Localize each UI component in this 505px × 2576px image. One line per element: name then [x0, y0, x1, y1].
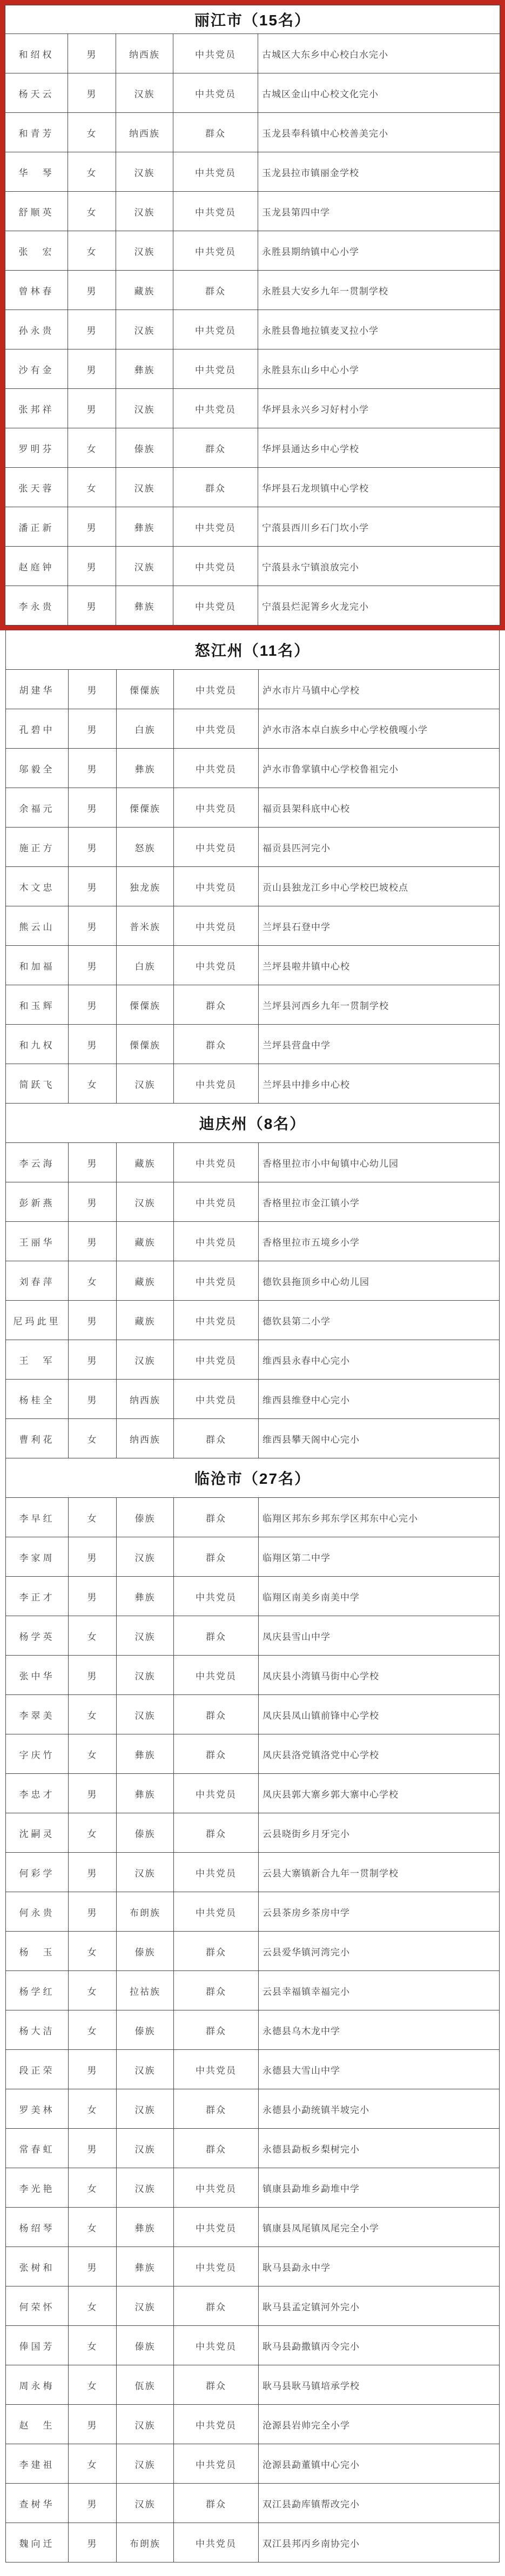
cell-school: 华坪县石龙坝镇中心学校 [258, 468, 500, 507]
table-row: 杨学英 女 汉族 群众 凤庆县雪山中学 [6, 1616, 499, 1656]
cell-ethnicity: 白族 [117, 946, 174, 985]
cell-political-status: 中共党员 [174, 2326, 259, 2365]
table-row: 字庆竹 女 彝族 群众 凤庆县洛党镇洛党中心学校 [6, 1734, 499, 1774]
cell-school: 兰坪县啦井镇中心校 [259, 946, 499, 985]
cell-political-status: 中共党员 [174, 2050, 259, 2089]
cell-political-status: 群众 [174, 1971, 259, 2010]
cell-name: 王 军 [6, 1340, 69, 1379]
table-row: 孙永贵 男 汉族 中共党员 永胜县鲁地拉镇麦叉拉小学 [5, 310, 500, 349]
cell-name: 魏向迁 [6, 2523, 69, 2562]
cell-name: 熊云山 [6, 906, 69, 945]
cell-political-status: 群众 [174, 1813, 259, 1852]
table-row: 杨天云 男 汉族 中共党员 古城区金山中心校文化完小 [5, 73, 500, 113]
cell-ethnicity: 汉族 [117, 1537, 174, 1576]
table-row: 和绍权 男 纳西族 中共党员 古城区大东乡中心校白水完小 [5, 34, 500, 73]
cell-ethnicity: 傣族 [117, 1498, 174, 1537]
cell-political-status: 中共党员 [174, 1774, 259, 1813]
table-row: 刘春萍 女 藏族 中共党员 德钦县拖顶乡中心幼儿园 [6, 1261, 499, 1301]
table-row: 李家周 男 汉族 群众 临翔区第二中学 [6, 1537, 499, 1577]
cell-name: 邬毅全 [6, 749, 69, 788]
cell-name: 周永梅 [6, 2365, 69, 2404]
cell-gender: 男 [69, 1301, 117, 1340]
cell-school: 凤庆县凤山镇前锋中心学校 [259, 1695, 499, 1734]
cell-name: 罗明芬 [5, 428, 68, 467]
cell-ethnicity: 拉祜族 [117, 1971, 174, 2010]
cell-ethnicity: 汉族 [117, 2484, 174, 2523]
cell-name: 孙永贵 [5, 310, 68, 349]
cell-school: 耿马县勐撒镇丙令完小 [259, 2326, 499, 2365]
cell-gender: 男 [69, 1025, 117, 1064]
cell-political-status: 中共党员 [174, 2168, 259, 2207]
cell-ethnicity: 彝族 [117, 1774, 174, 1813]
table-row: 段正荣 男 汉族 中共党员 永德县大雪山中学 [6, 2050, 499, 2089]
cell-political-status: 中共党员 [174, 906, 259, 945]
cell-school: 宁蒗县烂泥箐乡火龙完小 [258, 586, 500, 625]
table-row: 杨桂全 男 纳西族 中共党员 维西县维登中心完小 [6, 1380, 499, 1419]
cell-ethnicity: 彝族 [116, 507, 173, 546]
cell-name: 和玉辉 [6, 985, 69, 1024]
cell-school: 云县大寨镇新合九年一贯制学校 [259, 1853, 499, 1892]
cell-gender: 男 [69, 867, 117, 906]
cell-school: 镇康县凤尾镇凤尾完全小学 [259, 2208, 499, 2247]
cell-gender: 男 [69, 709, 117, 748]
table-row: 张 宏 女 汉族 中共党员 永胜县期纳镇中心小学 [5, 231, 500, 271]
cell-gender: 男 [69, 1853, 117, 1892]
cell-school: 双江县勐库镇帮改完小 [259, 2484, 499, 2523]
table-row: 张天蓉 女 汉族 群众 华坪县石龙坝镇中心学校 [5, 468, 500, 507]
cell-name: 和加福 [6, 946, 69, 985]
cell-name: 张天蓉 [5, 468, 68, 507]
cell-gender: 女 [68, 192, 116, 231]
cell-ethnicity: 白族 [117, 709, 174, 748]
cell-political-status: 中共党员 [174, 1380, 259, 1418]
table-row: 常春虹 男 汉族 群众 永德县勐板乡梨树完小 [6, 2129, 499, 2168]
cell-ethnicity: 汉族 [116, 73, 173, 112]
cell-ethnicity: 汉族 [116, 389, 173, 428]
table-row: 尼玛此里 男 藏族 中共党员 德钦县第二小学 [6, 1301, 499, 1340]
section-rows: 和绍权 男 纳西族 中共党员 古城区大东乡中心校白水完小 杨天云 男 汉族 中共… [5, 34, 500, 625]
cell-gender: 女 [69, 1813, 117, 1852]
cell-political-status: 群众 [174, 985, 259, 1024]
cell-ethnicity: 独龙族 [117, 867, 174, 906]
cell-political-status: 群众 [174, 1932, 259, 1970]
cell-name: 张中华 [6, 1656, 69, 1694]
table-row: 何彩学 男 汉族 中共党员 云县大寨镇新合九年一贯制学校 [6, 1853, 499, 1892]
cell-political-status: 群众 [173, 468, 258, 507]
cell-political-status: 中共党员 [174, 2208, 259, 2247]
cell-school: 永胜县东山乡中心小学 [258, 349, 500, 388]
section-title: 丽江市（15名） [5, 5, 500, 34]
cell-gender: 男 [69, 1340, 117, 1379]
cell-name: 孔碧中 [6, 709, 69, 748]
cell-name: 尼玛此里 [6, 1301, 69, 1340]
cell-name: 华 琴 [5, 152, 68, 191]
cell-political-status: 群众 [174, 2286, 259, 2325]
cell-political-status: 中共党员 [174, 2405, 259, 2444]
table-row: 张中华 男 汉族 中共党员 凤庆县小湾镇马街中心学校 [6, 1656, 499, 1695]
cell-political-status: 中共党员 [173, 507, 258, 546]
cell-name: 和九权 [6, 1025, 69, 1064]
cell-ethnicity: 汉族 [117, 2089, 174, 2128]
cell-political-status: 群众 [174, 1734, 259, 1773]
cell-ethnicity: 纳西族 [116, 113, 173, 152]
cell-name: 常春虹 [6, 2129, 69, 2168]
table-row: 邬毅全 男 彝族 中共党员 泸水市鲁掌镇中心学校鲁祖完小 [6, 749, 499, 788]
table-row: 舒顺英 女 汉族 中共党员 玉龙县第四中学 [5, 192, 500, 231]
table-row: 张树和 男 彝族 中共党员 耿马县勐永中学 [6, 2247, 499, 2286]
cell-political-status: 中共党员 [174, 1577, 259, 1616]
cell-school: 凤庆县雪山中学 [259, 1616, 499, 1655]
cell-ethnicity: 汉族 [117, 2129, 174, 2168]
cell-name: 张 宏 [5, 231, 68, 270]
cell-name: 李正才 [6, 1577, 69, 1616]
cell-school: 泸水市鲁掌镇中心学校鲁祖完小 [259, 749, 499, 788]
cell-gender: 男 [69, 2484, 117, 2523]
cell-gender: 女 [68, 113, 116, 152]
cell-ethnicity: 汉族 [117, 1340, 174, 1379]
section-rows: 李早红 女 傣族 群众 临翔区邦东乡邦东学区邦东中心完小 李家周 男 汉族 群众… [6, 1498, 499, 2562]
cell-name: 杨 玉 [6, 1932, 69, 1970]
cell-school: 香格里拉市小中甸镇中心幼儿园 [259, 1143, 499, 1182]
table-row: 华 琴 女 汉族 中共党员 玉龙县拉市镇丽金学校 [5, 152, 500, 192]
cell-school: 兰坪县中排乡中心校 [259, 1064, 499, 1103]
cell-school: 永德县乌木龙中学 [259, 2010, 499, 2049]
cell-political-status: 群众 [174, 1695, 259, 1734]
cell-ethnicity: 彝族 [117, 2247, 174, 2286]
table-row: 魏向迁 男 布朗族 中共党员 双江县邦丙乡南协完小 [6, 2523, 499, 2562]
cell-political-status: 中共党员 [174, 709, 259, 748]
table-row: 何永贵 男 布朗族 中共党员 云县茶房乡茶房中学 [6, 1892, 499, 1932]
cell-school: 香格里拉市金江镇小学 [259, 1182, 499, 1221]
cell-name: 彭新燕 [6, 1182, 69, 1221]
cell-ethnicity: 傣族 [117, 1932, 174, 1970]
table-row: 赵 生 男 汉族 中共党员 沧源县岩帅完全小学 [6, 2405, 499, 2444]
table-row: 曹利花 女 纳西族 群众 维西县攀天阁中心完小 [6, 1419, 499, 1458]
cell-political-status: 中共党员 [174, 1143, 259, 1182]
cell-name: 王丽华 [6, 1222, 69, 1261]
cell-name: 何荣怀 [6, 2286, 69, 2325]
table-row: 李永贵 男 彝族 中共党员 宁蒗县烂泥箐乡火龙完小 [5, 586, 500, 625]
cell-school: 德钦县拖顶乡中心幼儿园 [259, 1261, 499, 1300]
table-row: 李早红 女 傣族 群众 临翔区邦东乡邦东学区邦东中心完小 [6, 1498, 499, 1537]
cell-ethnicity: 纳西族 [116, 34, 173, 73]
cell-gender: 男 [69, 1537, 117, 1576]
cell-school: 云县晓街乡月牙完小 [259, 1813, 499, 1852]
table-row: 何荣怀 女 汉族 群众 耿马县孟定镇河外完小 [6, 2286, 499, 2326]
cell-gender: 男 [69, 1143, 117, 1182]
table-row: 李忠才 男 彝族 中共党员 凤庆县郭大寨乡郭大寨中心学校 [6, 1774, 499, 1813]
cell-ethnicity: 彝族 [116, 586, 173, 625]
cell-name: 李建祖 [6, 2444, 69, 2483]
cell-school: 兰坪县营盘中学 [259, 1025, 499, 1064]
cell-gender: 男 [68, 271, 116, 310]
section-lijiang: 丽江市（15名） 和绍权 男 纳西族 中共党员 古城区大东乡中心校白水完小 杨天… [0, 0, 505, 630]
cell-school: 福贡县匹河完小 [259, 828, 499, 866]
cell-gender: 女 [69, 2010, 117, 2049]
cell-gender: 男 [68, 310, 116, 349]
cell-name: 李家周 [6, 1537, 69, 1576]
cell-name: 杨大洁 [6, 2010, 69, 2049]
table-row: 和玉辉 男 傈僳族 群众 兰坪县河西乡九年一贯制学校 [6, 985, 499, 1025]
section-title: 迪庆州（8名） [6, 1104, 499, 1143]
cell-gender: 女 [68, 152, 116, 191]
table-row: 李建祖 女 汉族 中共党员 沧源县勐董镇中心完小 [6, 2444, 499, 2484]
cell-school: 香格里拉市五境乡小学 [259, 1222, 499, 1261]
cell-ethnicity: 纳西族 [117, 1380, 174, 1418]
table-row: 李正才 男 彝族 中共党员 临翔区南美乡南美中学 [6, 1577, 499, 1616]
cell-gender: 男 [68, 349, 116, 388]
cell-gender: 女 [69, 2365, 117, 2404]
cell-school: 泸水市片马镇中心学校 [259, 670, 499, 709]
cell-gender: 男 [69, 2405, 117, 2444]
cell-school: 华坪县永兴乡习好村小学 [258, 389, 500, 428]
cell-gender: 男 [69, 1182, 117, 1221]
table-row: 木文忠 男 独龙族 中共党员 贡山县独龙江乡中心学校巴坡校点 [6, 867, 499, 906]
cell-ethnicity: 傣族 [117, 2010, 174, 2049]
section-table: 怒江州（11名） 胡建华 男 傈僳族 中共党员 泸水市片马镇中心学校 孔碧中 男… [5, 630, 500, 1104]
table-row: 杨学红 女 拉祜族 群众 云县幸福镇幸福完小 [6, 1971, 499, 2010]
cell-name: 张邦祥 [5, 389, 68, 428]
cell-political-status: 群众 [173, 271, 258, 310]
cell-name: 张树和 [6, 2247, 69, 2286]
cell-school: 临翔区第二中学 [259, 1537, 499, 1576]
cell-political-status: 中共党员 [173, 73, 258, 112]
cell-school: 临翔区南美乡南美中学 [259, 1577, 499, 1616]
cell-school: 古城区大东乡中心校白水完小 [258, 34, 500, 73]
cell-ethnicity: 汉族 [116, 152, 173, 191]
cell-political-status: 群众 [174, 1419, 259, 1458]
cell-name: 李永贵 [5, 586, 68, 625]
cell-gender: 女 [69, 2168, 117, 2207]
table-row: 周永梅 女 佤族 群众 耿马县耿马镇培承学校 [6, 2365, 499, 2405]
cell-ethnicity: 傈僳族 [117, 1025, 174, 1064]
cell-political-status: 中共党员 [174, 1853, 259, 1892]
cell-ethnicity: 傈僳族 [117, 788, 174, 827]
cell-school: 云县幸福镇幸福完小 [259, 1971, 499, 2010]
table-row: 查树华 男 汉族 群众 双江县勐库镇帮改完小 [6, 2484, 499, 2523]
cell-gender: 男 [68, 73, 116, 112]
cell-gender: 男 [69, 946, 117, 985]
cell-ethnicity: 汉族 [117, 1616, 174, 1655]
table-row: 和九权 男 傈僳族 群众 兰坪县营盘中学 [6, 1025, 499, 1064]
cell-school: 临翔区邦东乡邦东学区邦东中心完小 [259, 1498, 499, 1537]
cell-ethnicity: 傈僳族 [117, 670, 174, 709]
cell-name: 段正荣 [6, 2050, 69, 2089]
cell-ethnicity: 汉族 [117, 2405, 174, 2444]
cell-name: 赵庭钟 [5, 547, 68, 586]
table-row: 沈嗣灵 女 傣族 群众 云县晓街乡月牙完小 [6, 1813, 499, 1853]
cell-political-status: 中共党员 [174, 1301, 259, 1340]
cell-gender: 女 [69, 1498, 117, 1537]
cell-school: 德钦县第二小学 [259, 1301, 499, 1340]
table-row: 罗美林 女 汉族 群众 永德县小勐统镇半坡完小 [6, 2089, 499, 2129]
cell-ethnicity: 彝族 [117, 2208, 174, 2247]
table-row: 简跃飞 女 汉族 中共党员 兰坪县中排乡中心校 [6, 1064, 499, 1103]
cell-gender: 女 [69, 1695, 117, 1734]
cell-name: 李光艳 [6, 2168, 69, 2207]
table-row: 和加福 男 白族 中共党员 兰坪县啦井镇中心校 [6, 946, 499, 985]
cell-gender: 女 [68, 428, 116, 467]
cell-school: 古城区金山中心校文化完小 [258, 73, 500, 112]
table-row: 潘正新 男 彝族 中共党员 宁蒗县西川乡石门坎小学 [5, 507, 500, 547]
cell-political-status: 中共党员 [174, 788, 259, 827]
table-row: 杨大洁 女 傣族 群众 永德县乌木龙中学 [6, 2010, 499, 2050]
cell-school: 沧源县勐董镇中心完小 [259, 2444, 499, 2483]
cell-name: 李翠美 [6, 1695, 69, 1734]
cell-ethnicity: 傣族 [116, 428, 173, 467]
cell-school: 永胜县鲁地拉镇麦叉拉小学 [258, 310, 500, 349]
cell-school: 兰坪县石登中学 [259, 906, 499, 945]
cell-ethnicity: 汉族 [117, 2444, 174, 2483]
table-row: 胡建华 男 傈僳族 中共党员 泸水市片马镇中心学校 [6, 670, 499, 709]
cell-school: 凤庆县小湾镇马街中心学校 [259, 1656, 499, 1694]
cell-political-status: 中共党员 [173, 192, 258, 231]
cell-name: 何永贵 [6, 1892, 69, 1931]
table-row: 余福元 男 傈僳族 中共党员 福贡县架科底中心校 [6, 788, 499, 828]
cell-ethnicity: 汉族 [116, 310, 173, 349]
cell-gender: 女 [69, 1616, 117, 1655]
cell-political-status: 中共党员 [173, 586, 258, 625]
cell-ethnicity: 汉族 [117, 2050, 174, 2089]
cell-school: 沧源县岩帅完全小学 [259, 2405, 499, 2444]
cell-school: 华坪县通达乡中心学校 [258, 428, 500, 467]
cell-gender: 男 [69, 985, 117, 1024]
table-row: 王丽华 男 藏族 中共党员 香格里拉市五境乡小学 [6, 1222, 499, 1261]
cell-name: 杨桂全 [6, 1380, 69, 1418]
cell-political-status: 中共党员 [174, 867, 259, 906]
cell-name: 杨天云 [5, 73, 68, 112]
cell-name: 杨学红 [6, 1971, 69, 2010]
cell-school: 维西县维登中心完小 [259, 1380, 499, 1418]
cell-ethnicity: 汉族 [117, 1853, 174, 1892]
cell-ethnicity: 佤族 [117, 2365, 174, 2404]
cell-ethnicity: 傣族 [117, 1813, 174, 1852]
cell-school: 永胜县期纳镇中心小学 [258, 231, 500, 270]
cell-ethnicity: 彝族 [117, 1734, 174, 1773]
cell-political-status: 群众 [174, 1498, 259, 1537]
cell-political-status: 群众 [174, 2484, 259, 2523]
table-row: 李云海 男 藏族 中共党员 香格里拉市小中甸镇中心幼儿园 [6, 1143, 499, 1182]
table-row: 李光艳 女 汉族 中共党员 镇康县勐堆乡勐堆中学 [6, 2168, 499, 2208]
cell-ethnicity: 藏族 [117, 1222, 174, 1261]
cell-gender: 女 [69, 2444, 117, 2483]
cell-school: 福贡县架科底中心校 [259, 788, 499, 827]
cell-gender: 男 [69, 2247, 117, 2286]
cell-ethnicity: 藏族 [117, 1143, 174, 1182]
cell-school: 贡山县独龙江乡中心学校巴坡校点 [259, 867, 499, 906]
cell-gender: 男 [69, 670, 117, 709]
cell-political-status: 中共党员 [174, 2444, 259, 2483]
cell-school: 维西县攀天阁中心完小 [259, 1419, 499, 1458]
cell-ethnicity: 怒族 [117, 828, 174, 866]
cell-political-status: 中共党员 [173, 152, 258, 191]
cell-school: 永德县勐板乡梨树完小 [259, 2129, 499, 2168]
cell-gender: 女 [69, 2208, 117, 2247]
cell-school: 维西县永春中心完小 [259, 1340, 499, 1379]
table-row: 曾林春 男 藏族 群众 永胜县大安乡九年一贯制学校 [5, 271, 500, 310]
cell-name: 曾林春 [5, 271, 68, 310]
cell-gender: 男 [68, 389, 116, 428]
table-row: 李翠美 女 汉族 群众 凤庆县凤山镇前锋中心学校 [6, 1695, 499, 1734]
table-row: 张邦祥 男 汉族 中共党员 华坪县永兴乡习好村小学 [5, 389, 500, 428]
cell-political-status: 中共党员 [174, 2247, 259, 2286]
cell-political-status: 中共党员 [173, 349, 258, 388]
cell-political-status: 中共党员 [174, 946, 259, 985]
section-table: 丽江市（15名） 和绍权 男 纳西族 中共党员 古城区大东乡中心校白水完小 杨天… [5, 5, 500, 625]
cell-school: 耿马县勐永中学 [259, 2247, 499, 2286]
cell-ethnicity: 布朗族 [117, 1892, 174, 1931]
cell-name: 李忠才 [6, 1774, 69, 1813]
cell-school: 玉龙县拉市镇丽金学校 [258, 152, 500, 191]
cell-name: 查树华 [6, 2484, 69, 2523]
cell-political-status: 群众 [174, 2365, 259, 2404]
cell-name: 和青芳 [5, 113, 68, 152]
cell-political-status: 中共党员 [174, 670, 259, 709]
cell-gender: 女 [69, 1971, 117, 2010]
cell-gender: 女 [69, 2089, 117, 2128]
cell-political-status: 中共党员 [174, 1340, 259, 1379]
cell-political-status: 群众 [173, 113, 258, 152]
cell-school: 永胜县大安乡九年一贯制学校 [258, 271, 500, 310]
cell-political-status: 中共党员 [174, 1182, 259, 1221]
table-row: 和青芳 女 纳西族 群众 玉龙县奉科镇中心校善美完小 [5, 113, 500, 152]
cell-ethnicity: 普米族 [117, 906, 174, 945]
cell-name: 简跃飞 [6, 1064, 69, 1103]
cell-political-status: 群众 [174, 1537, 259, 1576]
cell-name: 杨绍琴 [6, 2208, 69, 2247]
section-table: 临沧市（27名） 李早红 女 傣族 群众 临翔区邦东乡邦东学区邦东中心完小 李家… [5, 1458, 500, 2562]
cell-gender: 男 [69, 906, 117, 945]
section-lincang: 临沧市（27名） 李早红 女 傣族 群众 临翔区邦东乡邦东学区邦东中心完小 李家… [5, 1458, 500, 2562]
cell-gender: 男 [69, 828, 117, 866]
section-nujiang: 怒江州（11名） 胡建华 男 傈僳族 中共党员 泸水市片马镇中心学校 孔碧中 男… [5, 630, 500, 1104]
cell-political-status: 群众 [174, 1616, 259, 1655]
cell-name: 字庆竹 [6, 1734, 69, 1773]
cell-political-status: 中共党员 [173, 231, 258, 270]
cell-ethnicity: 汉族 [117, 1656, 174, 1694]
cell-gender: 男 [68, 34, 116, 73]
cell-name: 赵 生 [6, 2405, 69, 2444]
cell-name: 俸国芳 [6, 2326, 69, 2365]
cell-political-status: 中共党员 [174, 1261, 259, 1300]
section-table: 迪庆州（8名） 李云海 男 藏族 中共党员 香格里拉市小中甸镇中心幼儿园 彭新燕… [5, 1104, 500, 1458]
cell-name: 何彩学 [6, 1853, 69, 1892]
table-row: 罗明芬 女 傣族 群众 华坪县通达乡中心学校 [5, 428, 500, 468]
cell-ethnicity: 汉族 [116, 231, 173, 270]
cell-name: 施正方 [6, 828, 69, 866]
cell-gender: 男 [68, 507, 116, 546]
cell-gender: 男 [69, 1577, 117, 1616]
table-row: 杨绍琴 女 彝族 中共党员 镇康县凤尾镇凤尾完全小学 [6, 2208, 499, 2247]
cell-name: 潘正新 [5, 507, 68, 546]
cell-political-status: 中共党员 [173, 389, 258, 428]
cell-ethnicity: 汉族 [117, 1695, 174, 1734]
section-diqing: 迪庆州（8名） 李云海 男 藏族 中共党员 香格里拉市小中甸镇中心幼儿园 彭新燕… [5, 1104, 500, 1458]
cell-ethnicity: 傈僳族 [117, 985, 174, 1024]
cell-school: 泸水市洛本卓白族乡中心学校俄嘎小学 [259, 709, 499, 748]
cell-school: 永德县小勐统镇半坡完小 [259, 2089, 499, 2128]
table-row: 沙有金 男 彝族 中共党员 永胜县东山乡中心小学 [5, 349, 500, 389]
cell-school: 双江县邦丙乡南协完小 [259, 2523, 499, 2562]
cell-political-status: 群众 [174, 2129, 259, 2168]
table-row: 杨 玉 女 傣族 群众 云县爱华镇河湾完小 [6, 1932, 499, 1971]
section-rows: 胡建华 男 傈僳族 中共党员 泸水市片马镇中心学校 孔碧中 男 白族 中共党员 … [6, 670, 499, 1103]
cell-school: 耿马县耿马镇培承学校 [259, 2365, 499, 2404]
cell-gender: 男 [69, 788, 117, 827]
cell-ethnicity: 汉族 [117, 2168, 174, 2207]
table-row: 孔碧中 男 白族 中共党员 泸水市洛本卓白族乡中心学校俄嘎小学 [6, 709, 499, 749]
cell-gender: 女 [69, 1734, 117, 1773]
